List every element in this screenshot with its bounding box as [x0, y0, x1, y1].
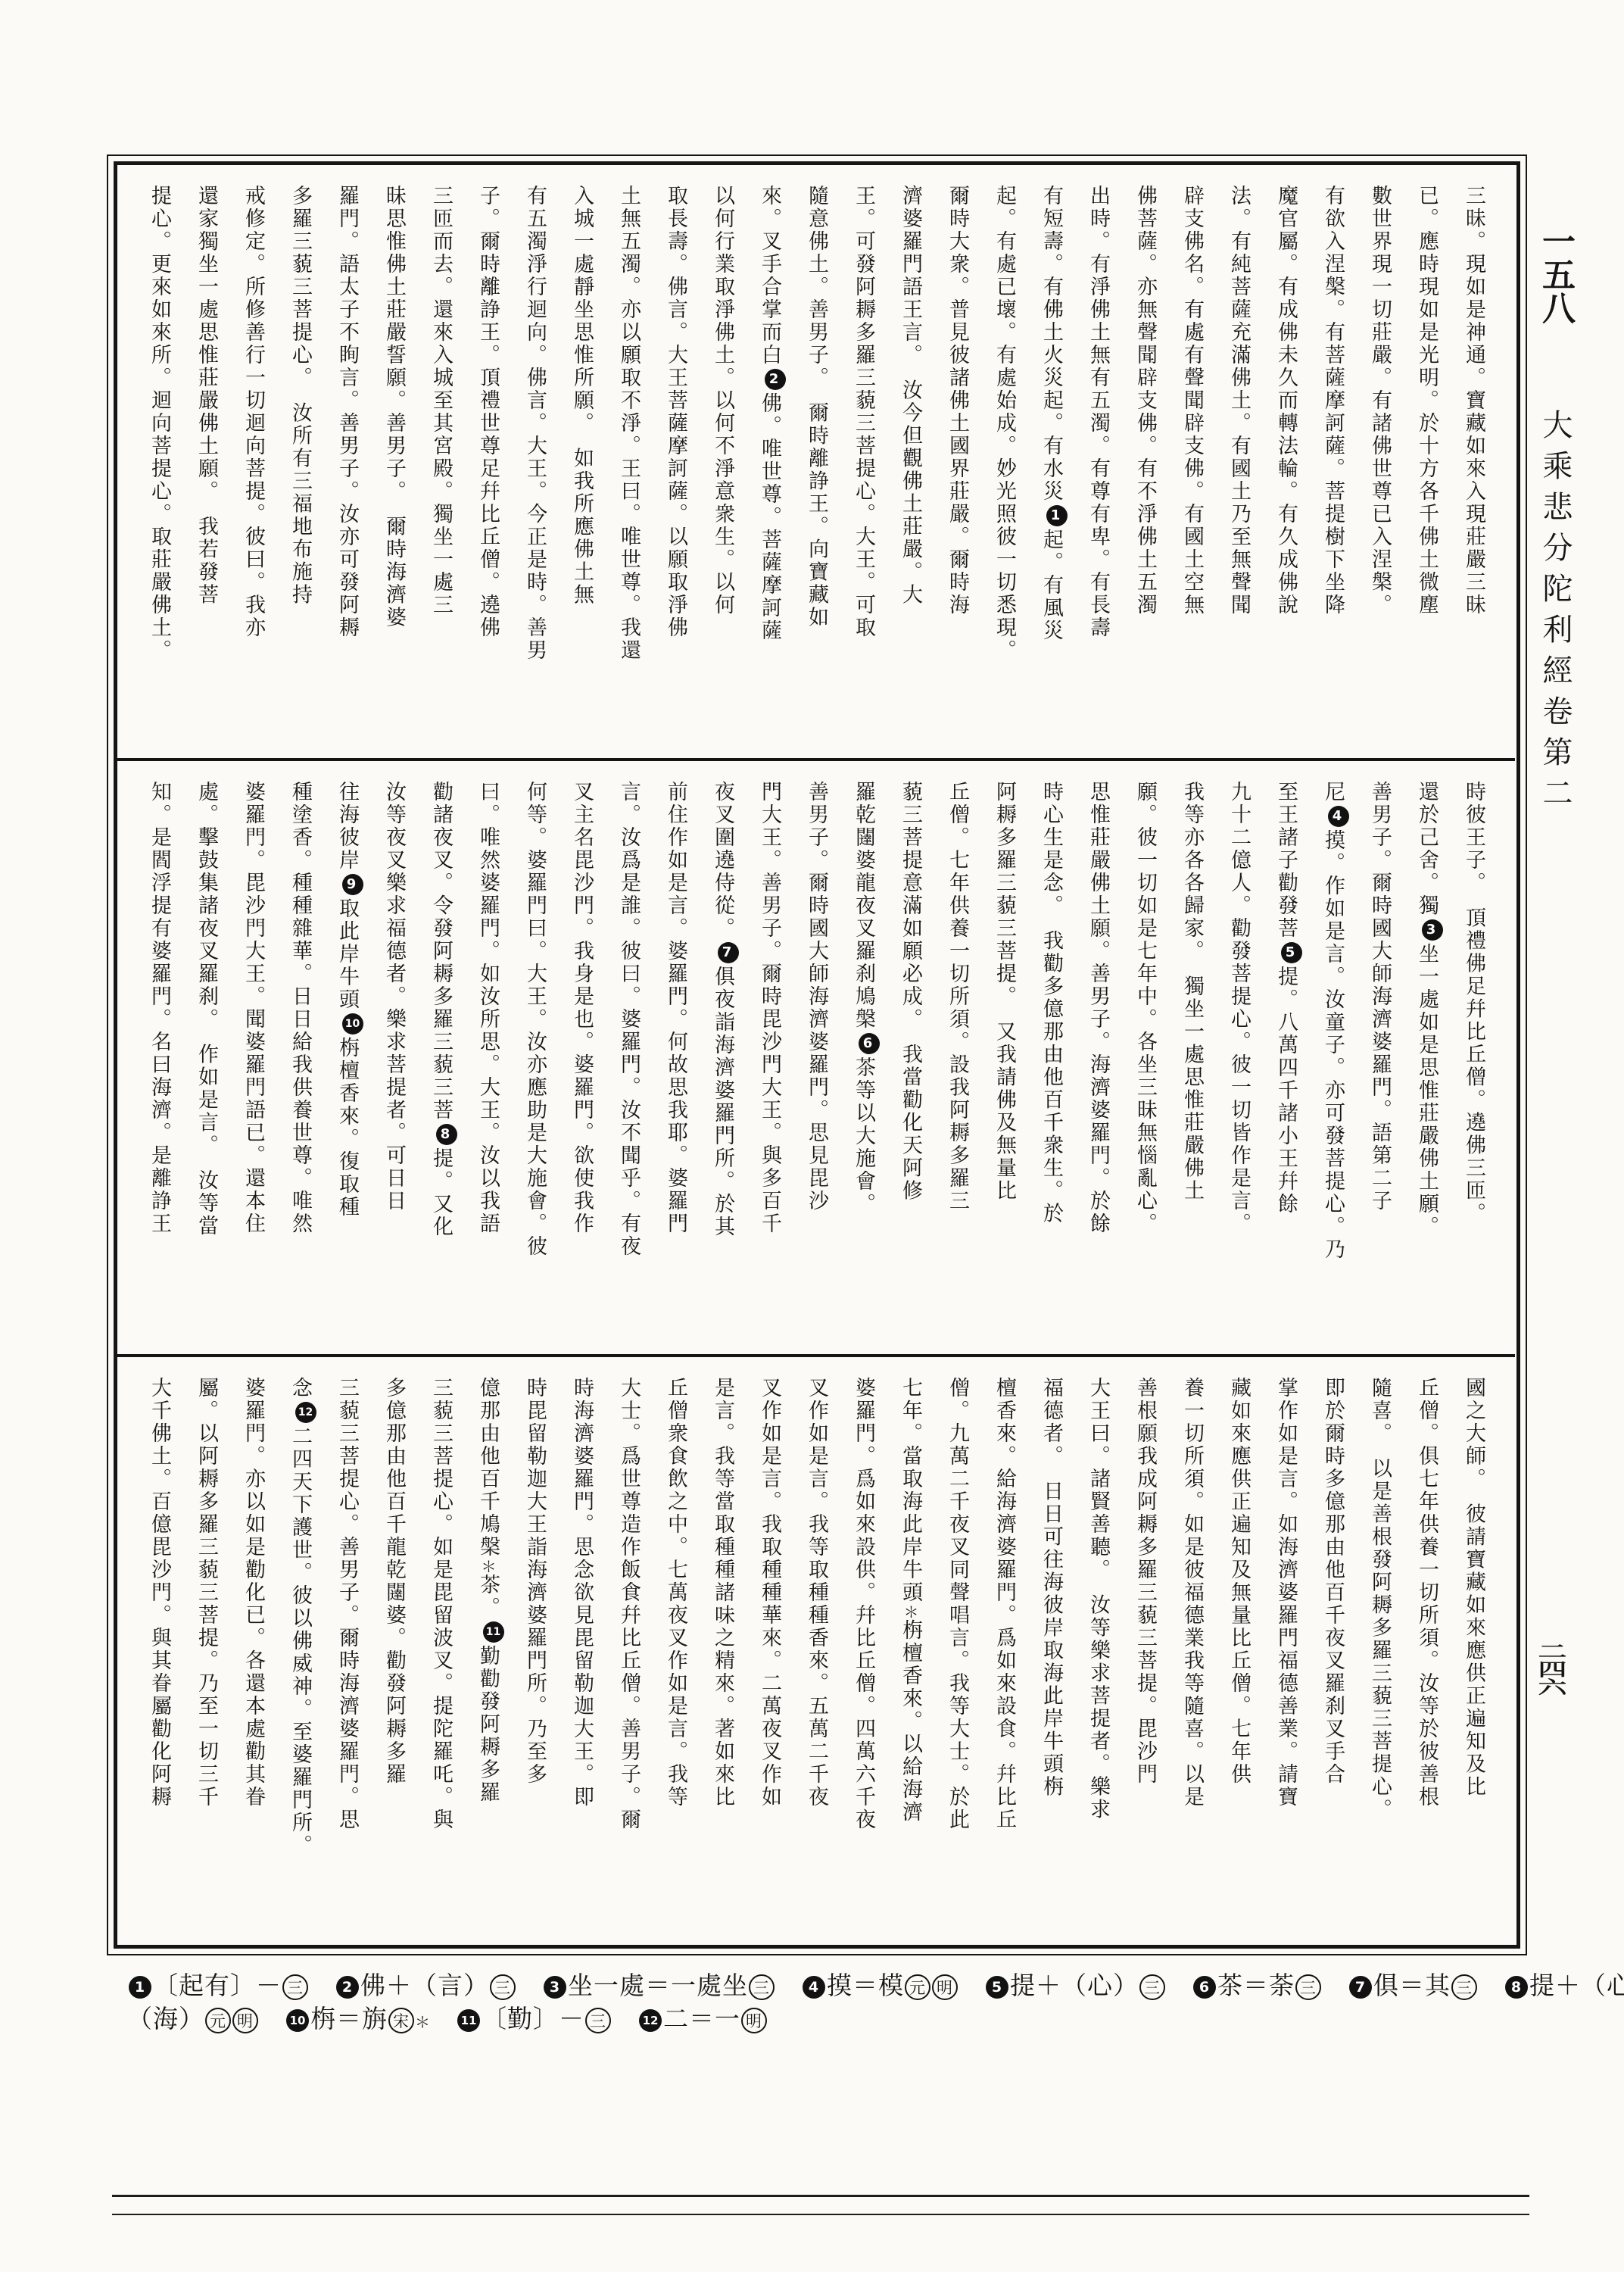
- text-column: 大千佛土。百億毘沙門。與其眷屬勸化阿耨: [136, 1377, 182, 1932]
- text-column: 藏如來應供正遍知及無量比丘僧。七年供: [1215, 1377, 1262, 1932]
- text-column: 善根願我成阿耨多羅三藐三菩提。毘沙門: [1121, 1377, 1168, 1932]
- edition-siglum: 三: [1295, 1974, 1321, 2000]
- text-column: 多億那由他百千龍乾闥婆。勸發阿耨多羅: [370, 1377, 417, 1932]
- text-column: 有欲入涅槃。有菩薩摩訶薩。菩提樹下坐降: [1309, 185, 1356, 740]
- text-column: 汝等夜叉樂求福德者。樂求菩提者。可日日: [370, 781, 417, 1336]
- text-column: 福德者。 日日可往海彼岸取海此岸牛頭栴: [1027, 1377, 1074, 1932]
- asterisk-marker: ＊: [901, 1604, 919, 1619]
- text-column: 羅門。語太子不眴言。善男子。汝亦可發阿耨: [323, 185, 370, 740]
- text-column: 三匝而去。還來入城至其宮殿。獨坐一處三: [417, 185, 464, 740]
- register-lower: 國之大師。 彼請寶藏如來應供正遍知及比丘僧。俱七年供養一切所須。汝等於彼善根隨喜…: [117, 1354, 1515, 1950]
- register-middle: 時彼王子。 頂禮佛足幷比丘僧。遶佛三匝。還於己舍。獨3坐一處如是思惟莊嚴佛土願。…: [117, 758, 1515, 1354]
- footnote-marker: 2: [336, 1976, 359, 1999]
- text-column: 是言。我等當取種種諸味之精來。著如來比: [699, 1377, 746, 1932]
- edition-siglum: 明: [741, 2008, 767, 2033]
- footnote-apparatus: 1〔起有〕－三 2佛＋（言）三 3坐一處＝一處坐三 4摸＝模元明 5提＋（心）三…: [127, 1969, 1524, 2039]
- text-column: 處。擊鼓集諸夜叉羅刹。 作如是言。 汝等當: [182, 781, 229, 1336]
- text-column: 僧。九萬二千夜叉同聲唱言。我等大士。於此: [934, 1377, 980, 1932]
- footnote-marker: 12: [639, 2009, 662, 2032]
- footnote-line-1: 1〔起有〕－三 2佛＋（言）三 3坐一處＝一處坐三 4摸＝模元明 5提＋（心）三…: [127, 1969, 1524, 2002]
- text-column: 婆羅門。亦以如是勸化已。各還本處勸其眷: [229, 1377, 276, 1932]
- footnote-marker: 4: [803, 1976, 825, 1999]
- text-column: 九十二億人。勸發菩提心。彼一切皆作是言。: [1215, 781, 1262, 1336]
- text-column: 出時。有淨佛土無有五濁。有尊有卑。有長壽: [1074, 185, 1121, 740]
- text-column: 丘僧衆食飲之中。七萬夜叉作如是言。我等: [652, 1377, 699, 1932]
- text-column: 國之大師。 彼請寶藏如來應供正遍知及比: [1450, 1377, 1497, 1932]
- text-column: 門大王。善男子。爾時毘沙門大王。與多百千: [746, 781, 793, 1336]
- text-column: 魔官屬。有成佛未久而轉法輪。有久成佛說: [1262, 185, 1309, 740]
- text-column: 億那由他百千鳩槃＊茶。11勤勸發阿耨多羅: [464, 1377, 511, 1932]
- text-column: 屬。以阿耨多羅三藐三菩提。乃至一切三千: [182, 1377, 229, 1932]
- text-column: 前住作如是言。婆羅門。何故思我耶。婆羅門: [652, 781, 699, 1336]
- text-column: 三昧。現如是神通。寶藏如來入現莊嚴三昧: [1450, 185, 1497, 740]
- footnote-marker: 7: [718, 942, 739, 963]
- text-column: 丘僧。七年供養一切所須。設我阿耨多羅三: [934, 781, 980, 1336]
- text-column: 提心。更來如來所。迴向菩提心。取莊嚴佛土。: [136, 185, 182, 740]
- text-column: 善男子。爾時國大師海濟婆羅門。思見毘沙: [793, 781, 840, 1336]
- text-column: 有五濁淨行迴向。佛言。大王。今正是時。善男: [511, 185, 558, 740]
- text-column: 時毘留勒迦大王詣海濟婆羅門所。乃至多: [511, 1377, 558, 1932]
- text-column: 藐三菩提意滿如願必成。 我當勸化天阿修: [887, 781, 934, 1336]
- bottom-rule-2: [112, 2214, 1529, 2215]
- footnote-marker: 6: [1193, 1976, 1216, 1999]
- text-column: 善男子。爾時國大師海濟婆羅門。語第二子: [1356, 781, 1403, 1336]
- footnote-marker: 1: [129, 1976, 151, 1999]
- text-column: 子。爾時離諍王。頂禮世尊足幷比丘僧。遶佛: [464, 185, 511, 740]
- edition-siglum: 明: [932, 1974, 958, 2000]
- text-column: 思惟莊嚴佛土願。善男子。海濟婆羅門。於餘: [1074, 781, 1121, 1336]
- footnote-line-2: （海）元明 10栴＝旃宋＊ 11〔勤〕－三 12二＝一明: [127, 2002, 1524, 2039]
- edition-siglum: 三: [282, 1974, 308, 2000]
- text-column: 檀香來。給海濟婆羅門。爲如來設食。幷比丘: [980, 1377, 1027, 1932]
- text-column: 時海濟婆羅門。思念欲見毘留勒迦大王。即: [558, 1377, 605, 1932]
- footnote-marker: 6: [859, 1033, 880, 1054]
- text-column: 叉作如是言。我等取種種香來。五萬二千夜: [793, 1377, 840, 1932]
- bottom-rule-1: [112, 2195, 1529, 2197]
- edition-siglum: 三: [490, 1974, 516, 2000]
- footnote-marker: 9: [342, 874, 363, 895]
- text-column: 丘僧。俱七年供養一切所須。汝等於彼善根: [1403, 1377, 1450, 1932]
- footnote-marker: 11: [457, 2009, 480, 2032]
- text-frame: 三昧。現如是神通。寶藏如來入現莊嚴三昧已。應時現如是光明。於十方各千佛土微塵數世…: [114, 161, 1520, 1949]
- footnote-marker: 5: [1281, 942, 1302, 963]
- text-column: 羅乾闥婆龍夜叉羅刹鳩槃6茶等以大施會。: [840, 781, 887, 1336]
- margin-volume-title: 大乘悲分陀利經卷第二: [1534, 409, 1577, 818]
- text-column: 濟婆羅門語王言。 汝今但觀佛土莊嚴。大: [887, 185, 934, 740]
- text-column: 土無五濁。亦以願取不淨。王曰。唯世尊。我還: [605, 185, 652, 740]
- margin-sutra-number: 一五八: [1531, 224, 1579, 324]
- text-column: 掌作如是言。如海濟婆羅門福德善業。請寶: [1262, 1377, 1309, 1932]
- footnote-marker: 10: [286, 2009, 309, 2032]
- footnote-marker: 8: [1505, 1976, 1528, 1999]
- text-column: 取長壽。佛言。大王菩薩摩訶薩。以願取淨佛: [652, 185, 699, 740]
- text-column: 多羅三藐三菩提心。 汝所有三福地布施持: [276, 185, 323, 740]
- text-column: 三藐三菩提心。如是毘留波叉。提陀羅吒。與: [417, 1377, 464, 1932]
- text-column: 養一切所須。如是彼福德業我等隨喜。以是: [1168, 1377, 1215, 1932]
- edition-siglum: 三: [585, 2008, 611, 2033]
- text-column: 還家獨坐一處思惟莊嚴佛土願。 我若發菩: [182, 185, 229, 740]
- edition-siglum: 宋: [388, 2008, 414, 2033]
- footnote-marker: 10: [342, 1013, 363, 1035]
- edition-siglum: 三: [749, 1974, 775, 2000]
- text-column: 尼4摸。作如是言。汝童子。亦可發菩提心。乃: [1309, 781, 1356, 1336]
- text-column: 種塗香。種種雜華。日日給我供養世尊。唯然: [276, 781, 323, 1336]
- text-column: 法。有純菩薩充滿佛土。有國土乃至無聲聞: [1215, 185, 1262, 740]
- text-column: 至王諸子勸發菩5提。八萬四千諸小王幷餘: [1262, 781, 1309, 1336]
- edition-siglum: 元: [205, 2008, 231, 2033]
- text-column: 大王曰。諸賢善聽。 汝等樂求菩提者。樂求: [1074, 1377, 1121, 1932]
- text-column: 王。可發阿耨多羅三藐三菩提心。大王。可取: [840, 185, 887, 740]
- text-column: 隨喜。 以是善根發阿耨多羅三藐三菩提心。: [1356, 1377, 1403, 1932]
- text-column: 隨意佛土。善男子。 爾時離諍王。向寶藏如: [793, 185, 840, 740]
- footnote-marker: 11: [483, 1621, 504, 1643]
- footnote-marker: 1: [1046, 505, 1068, 526]
- text-column: 婆羅門。毘沙門大王。聞婆羅門語已。還本住: [229, 781, 276, 1336]
- text-column: 戒修定。所修善行一切迴向菩提。彼曰。我亦: [229, 185, 276, 740]
- text-column: 數世界現一切莊嚴。有諸佛世尊已入涅槃。: [1356, 185, 1403, 740]
- text-column: 婆羅門。爲如來設供。幷比丘僧。四萬六千夜: [840, 1377, 887, 1932]
- text-column: 大士。爲世尊造作飯食幷比丘僧。善男子。爾: [605, 1377, 652, 1932]
- text-column: 時彼王子。 頂禮佛足幷比丘僧。遶佛三匝。: [1450, 781, 1497, 1336]
- edition-siglum: 三: [1139, 1974, 1165, 2000]
- scan-page: 三昧。現如是神通。寶藏如來入現莊嚴三昧已。應時現如是光明。於十方各千佛土微塵數世…: [0, 0, 1624, 2272]
- text-column: 爾時大衆。普見彼諸佛土國界莊嚴。爾時海: [934, 185, 980, 740]
- text-column: 叉主名毘沙門。我身是也。婆羅門。欲使我作: [558, 781, 605, 1336]
- text-column: 言。汝爲是誰。彼曰。婆羅門。汝不聞乎。有夜: [605, 781, 652, 1336]
- text-column: 還於己舍。獨3坐一處如是思惟莊嚴佛土願。: [1403, 781, 1450, 1336]
- text-column: 往海彼岸9取此岸牛頭10栴檀香來。復取種: [323, 781, 370, 1336]
- text-column: 阿耨多羅三藐三菩提。 又我請佛及無量比: [980, 781, 1027, 1336]
- text-column: 佛菩薩。亦無聲聞辟支佛。有不淨佛土五濁: [1121, 185, 1168, 740]
- footnote-marker: 7: [1349, 1976, 1372, 1999]
- text-column: 昧思惟佛土莊嚴誓願。善男子。 爾時海濟婆: [370, 185, 417, 740]
- text-column: 以何行業取淨佛土。以何不淨意衆生。以何: [699, 185, 746, 740]
- edition-siglum: 明: [232, 2008, 258, 2033]
- text-column: 何等。婆羅門曰。大王。汝亦應助是大施會。彼: [511, 781, 558, 1336]
- asterisk-marker: ＊: [478, 1559, 497, 1574]
- asterisk-marker: ＊: [415, 2013, 430, 2031]
- text-column: 有短壽。有佛土火災起。有水災1起。有風災: [1027, 185, 1074, 740]
- text-column: 夜叉圍遶侍從。7俱夜詣海濟婆羅門所。於其: [699, 781, 746, 1336]
- margin-page-number: 二四六: [1535, 1642, 1564, 1696]
- footnote-marker: 3: [544, 1976, 566, 1999]
- footnote-marker: 3: [1422, 919, 1443, 941]
- edition-siglum: 三: [1451, 1974, 1477, 2000]
- text-column: 叉作如是言。我取種種華來。二萬夜叉作如: [746, 1377, 793, 1932]
- text-column: 辟支佛名。有處有聲聞辟支佛。有國土空無: [1168, 185, 1215, 740]
- text-column: 七年。當取海此岸牛頭＊栴檀香來。以給海濟: [887, 1377, 934, 1932]
- text-column: 入城一處靜坐思惟所願。 如我所應佛土無: [558, 185, 605, 740]
- footnote-marker: 2: [765, 369, 786, 390]
- text-column: 我等亦各各歸家。 獨坐一處思惟莊嚴佛土: [1168, 781, 1215, 1336]
- footnote-marker: 12: [295, 1402, 316, 1423]
- text-column: 來。叉手合掌而白2佛。唯世尊。菩薩摩訶薩: [746, 185, 793, 740]
- footnote-marker: 8: [436, 1124, 457, 1145]
- footnote-marker: 4: [1328, 806, 1349, 827]
- text-column: 願。彼一切如是七年中。各坐三昧無惱亂心。: [1121, 781, 1168, 1336]
- text-column: 知。是閻浮提有婆羅門。名曰海濟。是離諍王: [136, 781, 182, 1336]
- text-column: 已。應時現如是光明。於十方各千佛土微塵: [1403, 185, 1450, 740]
- text-column: 勸諸夜叉。令發阿耨多羅三藐三菩8提。又化: [417, 781, 464, 1336]
- footnote-marker: 5: [986, 1976, 1008, 1999]
- text-column: 三藐三菩提心。善男子。爾時海濟婆羅門。思: [323, 1377, 370, 1932]
- text-column: 念12二四天下護世。彼以佛威神。至婆羅門所。: [276, 1377, 323, 1932]
- text-column: 曰。唯然婆羅門。如汝所思。大王。汝以我語: [464, 781, 511, 1336]
- text-column: 即於爾時多億那由他百千夜叉羅刹叉手合: [1309, 1377, 1356, 1932]
- text-column: 起。有處已壞。有處始成。妙光照彼一切悉現。: [980, 185, 1027, 740]
- text-column: 時心生是念。 我勸多億那由他百千衆生。於: [1027, 781, 1074, 1336]
- edition-siglum: 元: [905, 1974, 930, 2000]
- register-upper: 三昧。現如是神通。寶藏如來入現莊嚴三昧已。應時現如是光明。於十方各千佛土微塵數世…: [117, 165, 1515, 758]
